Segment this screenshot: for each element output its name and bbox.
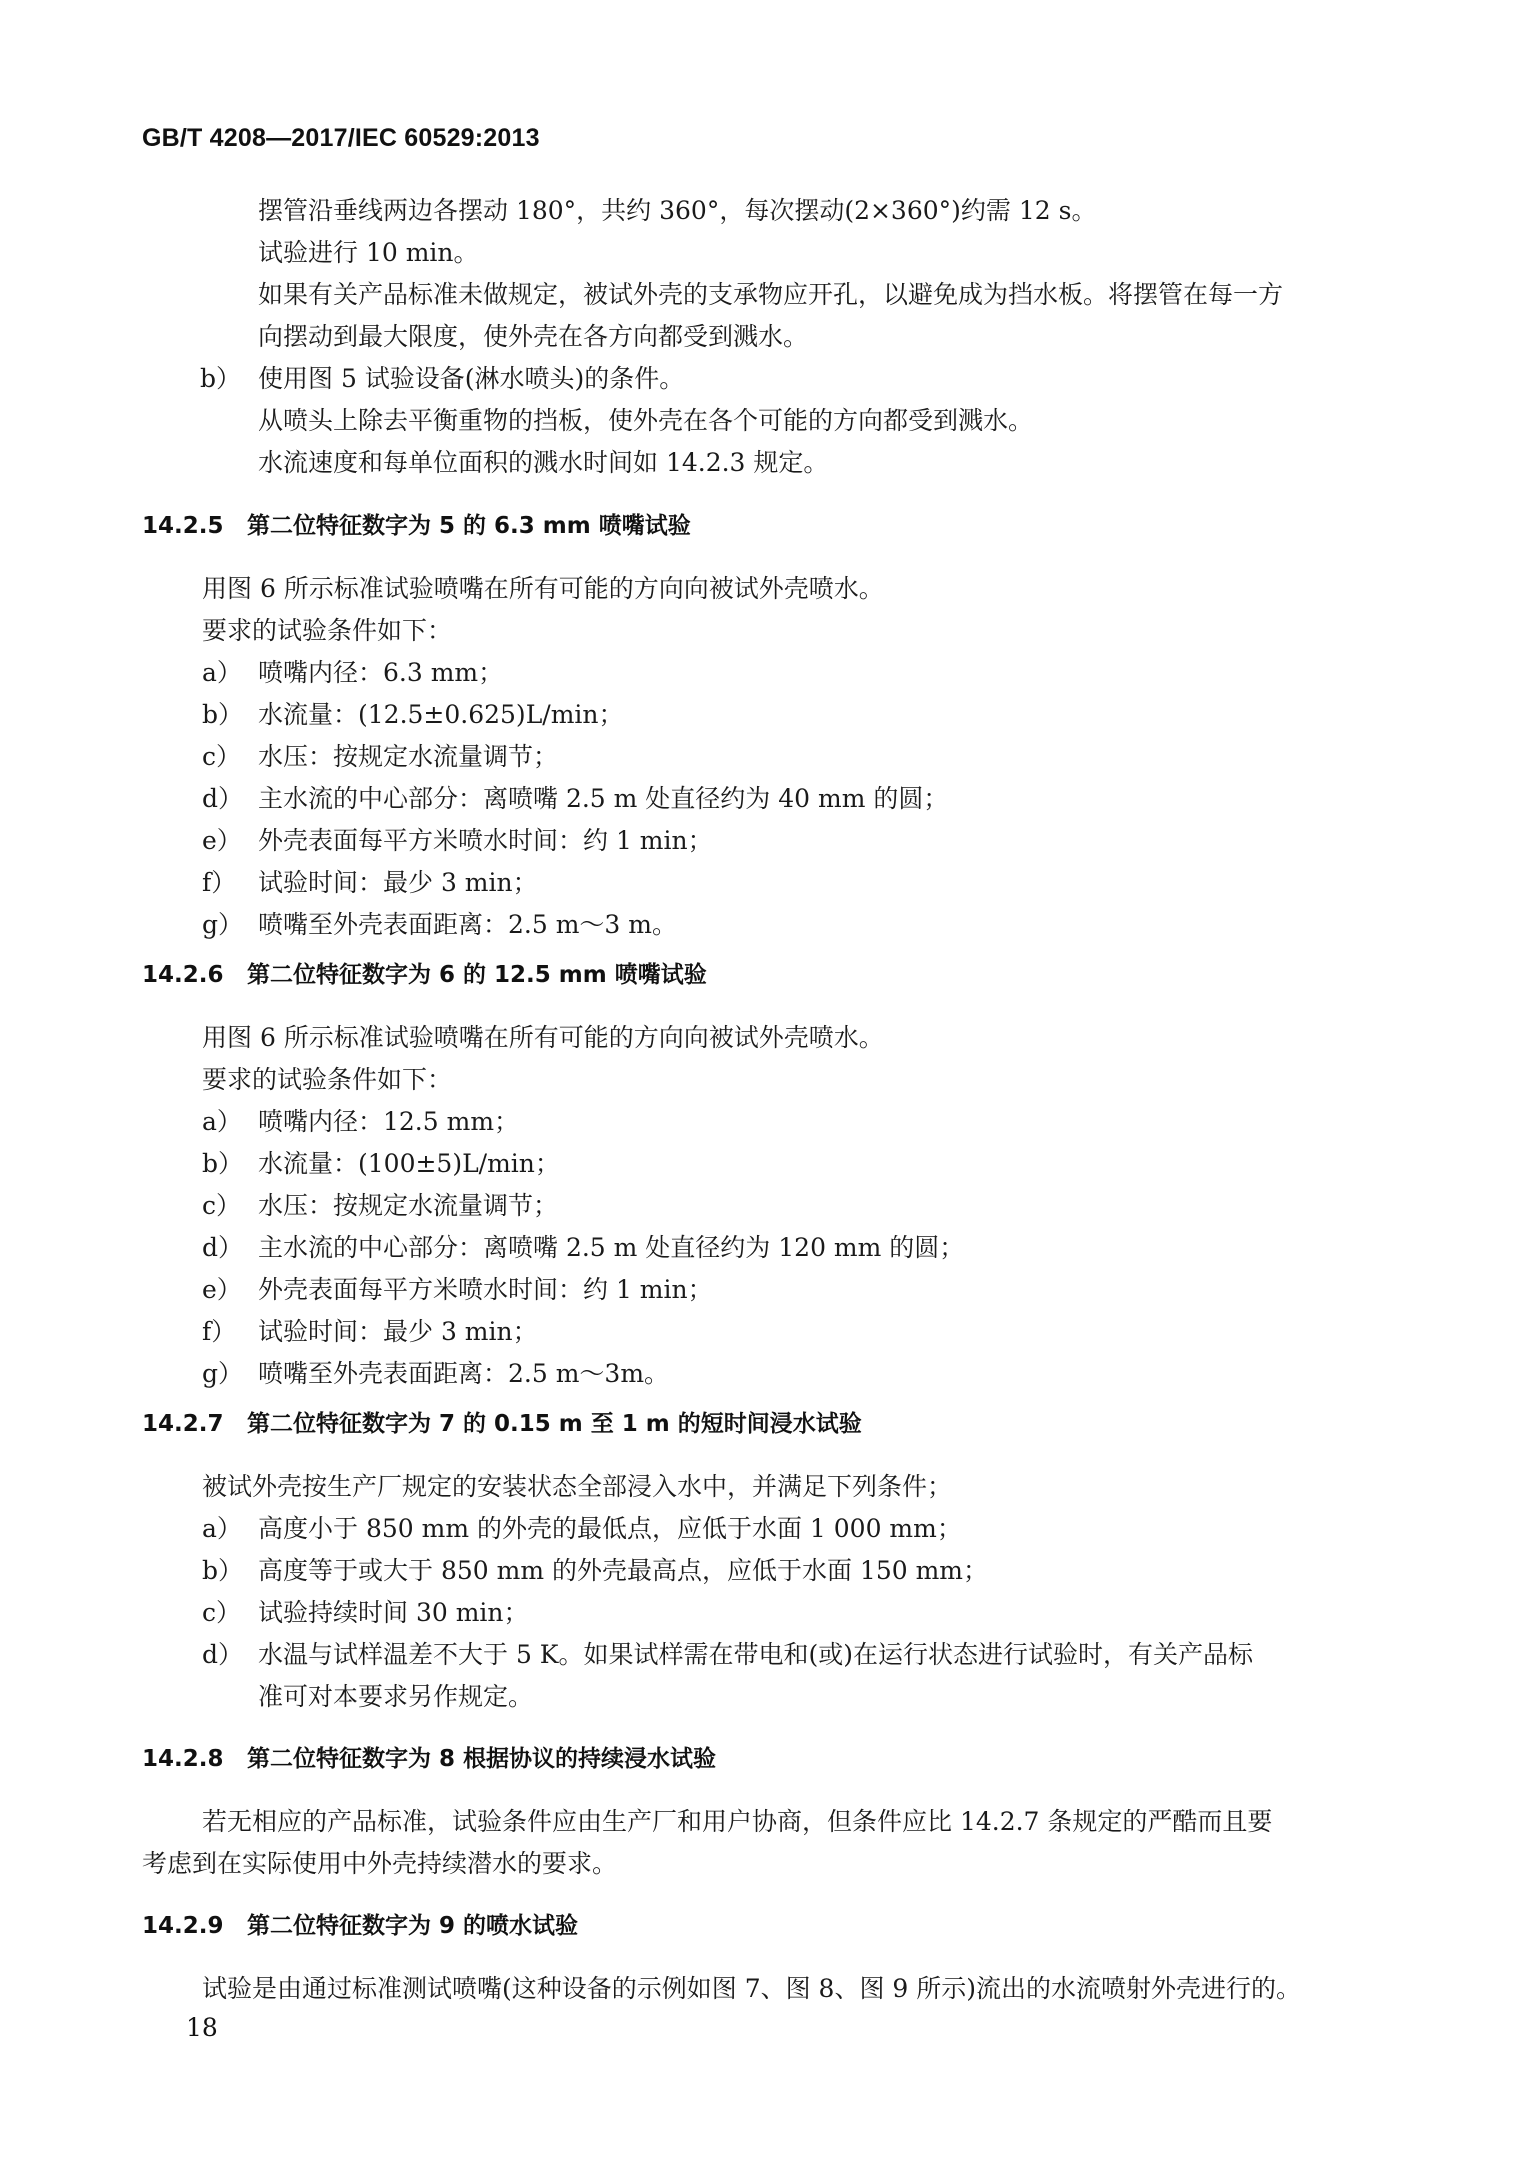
list-label: a） xyxy=(202,658,242,688)
list-label: c） xyxy=(202,1598,241,1628)
standard-header: GB/T 4208—2017/IEC 60529:2013 xyxy=(142,124,540,153)
list-label: b） xyxy=(202,700,243,730)
list-label: f） xyxy=(202,1317,236,1347)
page-number: 18 xyxy=(186,2013,218,2042)
paragraph-line: 考虑到在实际使用中外壳持续潜水的要求。 xyxy=(142,1849,617,1879)
paragraph-line: 水流速度和每单位面积的溅水时间如 14.2.3 规定。 xyxy=(258,448,828,478)
list-item-text: 水温与试样温差不大于 5 K。如果试样需在带电和(或)在运行状态进行试验时，有关… xyxy=(258,1640,1253,1670)
list-item-text: 外壳表面每平方米喷水时间：约 1 min； xyxy=(258,1275,713,1305)
paragraph-line: 试验是由通过标准测试喷嘴(这种设备的示例如图 7、图 8、图 9 所示)流出的水… xyxy=(202,1974,1301,2004)
section-title: 第二位特征数字为 5 的 6.3 mm 喷嘴试验 xyxy=(247,513,691,539)
section-title: 第二位特征数字为 8 根据协议的持续浸水试验 xyxy=(247,1746,716,1772)
list-item-text: 喷嘴至外壳表面距离：2.5 m～3m。 xyxy=(258,1359,669,1389)
paragraph-line: 若无相应的产品标准，试验条件应由生产厂和用户协商，但条件应比 14.2.7 条规… xyxy=(202,1807,1272,1837)
section-heading-14-2-7: 14.2.7第二位特征数字为 7 的 0.15 m 至 1 m 的短时间浸水试验 xyxy=(142,1409,862,1439)
list-label: a） xyxy=(202,1514,242,1544)
section-heading-14-2-6: 14.2.6第二位特征数字为 6 的 12.5 mm 喷嘴试验 xyxy=(142,960,707,990)
list-label: d） xyxy=(202,1233,243,1263)
list-label: g） xyxy=(202,910,243,940)
list-item-text: 主水流的中心部分：离喷嘴 2.5 m 处直径约为 40 mm 的圆； xyxy=(258,784,948,814)
list-label: b） xyxy=(200,364,241,394)
section-title: 第二位特征数字为 6 的 12.5 mm 喷嘴试验 xyxy=(247,962,707,988)
paragraph-line: 要求的试验条件如下： xyxy=(202,1065,452,1095)
list-item-text: 试验时间：最少 3 min； xyxy=(258,868,538,898)
list-item-text: 水流量：(100±5)L/min； xyxy=(258,1149,560,1179)
list-label: c） xyxy=(202,742,241,772)
paragraph-line: 如果有关产品标准未做规定，被试外壳的支承物应开孔，以避免成为挡水板。将摆管在每一… xyxy=(258,280,1283,310)
list-item-text: 高度等于或大于 850 mm 的外壳最高点，应低于水面 150 mm； xyxy=(258,1556,988,1586)
paragraph-line: 要求的试验条件如下： xyxy=(202,616,452,646)
paragraph-line: 被试外壳按生产厂规定的安装状态全部浸入水中，并满足下列条件； xyxy=(202,1472,952,1502)
section-title: 第二位特征数字为 7 的 0.15 m 至 1 m 的短时间浸水试验 xyxy=(247,1411,862,1437)
list-label: b） xyxy=(202,1556,243,1586)
list-item-text: 水压：按规定水流量调节； xyxy=(258,742,558,772)
paragraph-line: 摆管沿垂线两边各摆动 180°，共约 360°，每次摆动(2×360°)约需 1… xyxy=(258,196,1096,226)
list-label: d） xyxy=(202,784,243,814)
list-item-text: 使用图 5 试验设备(淋水喷头)的条件。 xyxy=(258,364,684,394)
section-number: 14.2.5 xyxy=(142,511,247,541)
paragraph-line: 用图 6 所示标准试验喷嘴在所有可能的方向向被试外壳喷水。 xyxy=(202,1023,884,1053)
list-item-text: 试验持续时间 30 min； xyxy=(258,1598,529,1628)
section-number: 14.2.7 xyxy=(142,1409,247,1439)
list-label: c） xyxy=(202,1191,241,1221)
section-heading-14-2-5: 14.2.5第二位特征数字为 5 的 6.3 mm 喷嘴试验 xyxy=(142,511,691,541)
paragraph-line: 用图 6 所示标准试验喷嘴在所有可能的方向向被试外壳喷水。 xyxy=(202,574,884,604)
section-number: 14.2.6 xyxy=(142,960,247,990)
paragraph-line: 从喷头上除去平衡重物的挡板，使外壳在各个可能的方向都受到溅水。 xyxy=(258,406,1033,436)
list-label: a） xyxy=(202,1107,242,1137)
list-item-text: 试验时间：最少 3 min； xyxy=(258,1317,538,1347)
list-label: g） xyxy=(202,1359,243,1389)
list-item-text: 外壳表面每平方米喷水时间：约 1 min； xyxy=(258,826,713,856)
paragraph-line: 试验进行 10 min。 xyxy=(258,238,479,268)
list-item-text: 水压：按规定水流量调节； xyxy=(258,1191,558,1221)
paragraph-line: 准可对本要求另作规定。 xyxy=(258,1682,533,1712)
list-label: d） xyxy=(202,1640,243,1670)
list-label: e） xyxy=(202,826,242,856)
paragraph-line: 向摆动到最大限度，使外壳在各方向都受到溅水。 xyxy=(258,322,808,352)
section-number: 14.2.8 xyxy=(142,1744,247,1774)
section-heading-14-2-9: 14.2.9第二位特征数字为 9 的喷水试验 xyxy=(142,1911,578,1941)
list-label: e） xyxy=(202,1275,242,1305)
list-label: f） xyxy=(202,868,236,898)
section-title: 第二位特征数字为 9 的喷水试验 xyxy=(247,1913,578,1939)
list-item-text: 喷嘴内径：6.3 mm； xyxy=(258,658,503,688)
list-item-text: 喷嘴至外壳表面距离：2.5 m～3 m。 xyxy=(258,910,677,940)
list-label: b） xyxy=(202,1149,243,1179)
section-heading-14-2-8: 14.2.8第二位特征数字为 8 根据协议的持续浸水试验 xyxy=(142,1744,716,1774)
list-item-text: 主水流的中心部分：离喷嘴 2.5 m 处直径约为 120 mm 的圆； xyxy=(258,1233,964,1263)
section-number: 14.2.9 xyxy=(142,1911,247,1941)
document-page: GB/T 4208—2017/IEC 60529:2013 摆管沿垂线两边各摆动… xyxy=(0,0,1533,2168)
list-item-text: 水流量：(12.5±0.625)L/min； xyxy=(258,700,624,730)
list-item-text: 喷嘴内径：12.5 mm； xyxy=(258,1107,519,1137)
list-item-text: 高度小于 850 mm 的外壳的最低点，应低于水面 1 000 mm； xyxy=(258,1514,962,1544)
